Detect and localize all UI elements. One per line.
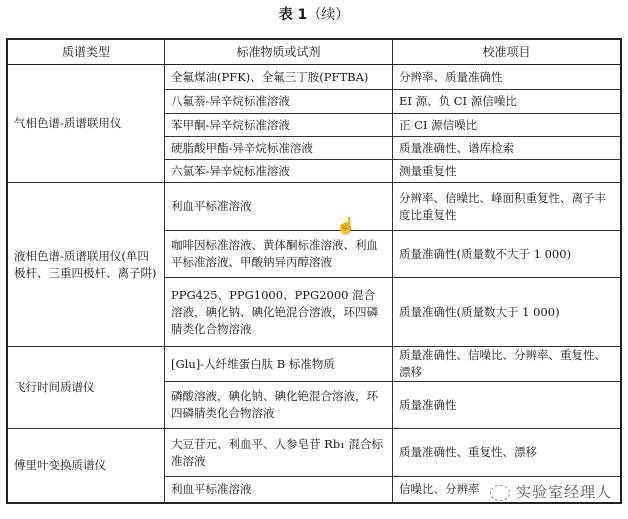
ms-type-cell: 飞行时间质谱仪 — [7, 347, 165, 429]
ms-type-cell: 液相色谱-质谱联用仪(单四极杆、三重四极杆、离子阱) — [7, 183, 165, 347]
table-row: 气相色谱-质谱联用仪 全氟煤油(PFK)、全氟三丁胺(PFTBA) 分辨率、质量… — [7, 65, 621, 90]
standard-cell: 利血平标准溶液 — [165, 183, 393, 231]
standard-cell: 大豆苷元、利血平、人参皂苷 Rb₁ 混合标准溶液 — [165, 429, 393, 477]
calibration-cell: 质量准确性(质量数不大于 1 000) — [393, 231, 622, 278]
ms-type-cell: 气相色谱-质谱联用仪 — [7, 65, 165, 183]
header-standard: 标准物质或试剂 — [165, 39, 393, 65]
standard-cell: [Glu]-人纤维蛋白肽 B 标准物质 — [165, 347, 393, 382]
calibration-cell: 质量准确性(质量数大于 1 000) — [393, 278, 622, 347]
watermark: 实验室经理人 — [490, 481, 612, 502]
standard-cell: 八氟萘-异辛烷标准溶液 — [165, 90, 393, 114]
wechat-icon — [490, 485, 510, 501]
table-row: 傅里叶变换质谱仪 大豆苷元、利血平、人参皂苷 Rb₁ 混合标准溶液 质量准确性、… — [7, 429, 621, 477]
calibration-cell: 正 CI 源信噪比 — [393, 114, 622, 137]
hand-cursor-icon: ☝ — [336, 216, 356, 235]
header-ms-type: 质谱类型 — [7, 39, 165, 65]
table-row: 飞行时间质谱仪 [Glu]-人纤维蛋白肽 B 标准物质 质量准确性、信噪比、分辨… — [7, 347, 621, 382]
ms-type-cell: 傅里叶变换质谱仪 — [7, 429, 165, 503]
table-title: 表 1（续） — [0, 4, 628, 24]
standard-cell: 利血平标准溶液 — [165, 477, 393, 503]
calibration-cell: 测量重复性 — [393, 160, 622, 183]
calibration-cell: 质量准确性、信噪比、分辨率、重复性、漂移 — [393, 347, 622, 382]
calibration-cell: 质量准确性、重复性、漂移 — [393, 429, 622, 477]
standard-cell: 硬脂酸甲酯-异辛烷标准溶液 — [165, 137, 393, 160]
calibration-cell: EI 源、负 CI 源信噪比 — [393, 90, 622, 114]
calibration-cell: 质量准确性 — [393, 382, 622, 429]
standard-cell: 咖啡因标准溶液、黄体酮标准溶液、利血平标准溶液、甲酸钠异丙醇溶液 — [165, 231, 393, 278]
header-calibration: 校准项目 — [393, 39, 622, 65]
standard-cell: 六氯苯-异辛烷标准溶液 — [165, 160, 393, 183]
standard-cell: 苯甲酮-异辛烷标准溶液 — [165, 114, 393, 137]
calibration-table: 质谱类型 标准物质或试剂 校准项目 气相色谱-质谱联用仪 全氟煤油(PFK)、全… — [6, 38, 622, 504]
standard-cell: PPG425、PPG1000、PPG2000 混合溶液，碘化钠、碘化铯混合溶液，… — [165, 278, 393, 347]
standard-cell: 全氟煤油(PFK)、全氟三丁胺(PFTBA) — [165, 65, 393, 90]
standard-cell: 磷酸溶液，碘化钠、碘化铯混合溶液，环四磷腈类化合物溶液 — [165, 382, 393, 429]
calibration-cell: 分辨率、质量准确性 — [393, 65, 622, 90]
calibration-cell: 分辨率、信噪比、峰面积重复性、离子丰度比重复性 — [393, 183, 622, 231]
calibration-cell: 质量准确性、谱库检索 — [393, 137, 622, 160]
table-row: 液相色谱-质谱联用仪(单四极杆、三重四极杆、离子阱) 利血平标准溶液 分辨率、信… — [7, 183, 621, 231]
table-header-row: 质谱类型 标准物质或试剂 校准项目 — [7, 39, 621, 65]
